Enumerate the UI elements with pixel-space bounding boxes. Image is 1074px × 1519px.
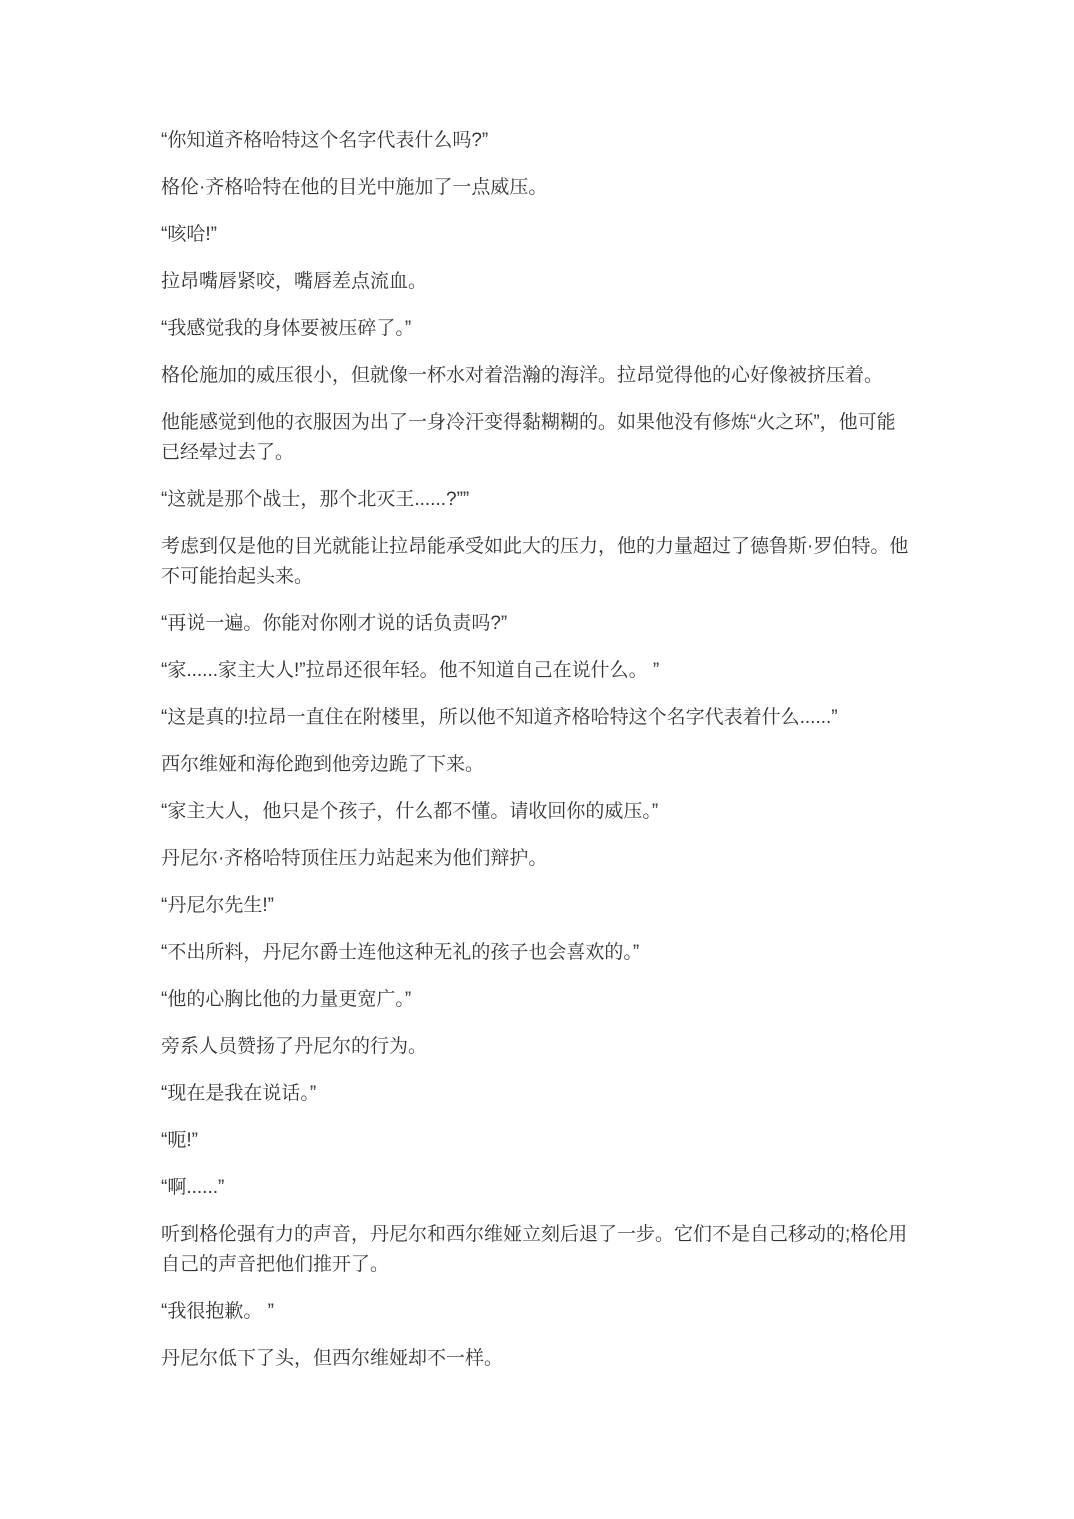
paragraph: 西尔维娅和海伦跑到他旁边跪了下来。 — [161, 750, 914, 780]
paragraph: “他的心胸比他的力量更宽广。” — [161, 985, 914, 1015]
paragraph: “家......家主大人!”拉昂还很年轻。他不知道自己在说什么。 ” — [161, 656, 914, 686]
paragraph: “丹尼尔先生!” — [161, 891, 914, 921]
paragraph: “再说一遍。你能对你刚才说的话负责吗?” — [161, 609, 914, 639]
paragraph: 格伦施加的威压很小，但就像一杯水对着浩瀚的海洋。拉昂觉得他的心好像被挤压着。 — [161, 361, 914, 391]
paragraph: “你知道齐格哈特这个名字代表什么吗?” — [161, 126, 914, 156]
paragraph: “呃!” — [161, 1126, 914, 1156]
paragraph: 格伦·齐格哈特在他的目光中施加了一点威压。 — [161, 173, 914, 203]
document-page: “你知道齐格哈特这个名字代表什么吗?” 格伦·齐格哈特在他的目光中施加了一点威压… — [0, 0, 1074, 1519]
paragraph: “现在是我在说话。” — [161, 1079, 914, 1109]
paragraph: “咳哈!” — [161, 220, 914, 250]
paragraph: 丹尼尔低下了头，但西尔维娅却不一样。 — [161, 1344, 914, 1374]
paragraph: 他能感觉到他的衣服因为出了一身冷汗变得黏糊糊的。如果他没有修炼“火之环”，他可能… — [161, 408, 914, 468]
paragraph: 丹尼尔·齐格哈特顶住压力站起来为他们辩护。 — [161, 844, 914, 874]
paragraph: “这就是那个战士，那个北灭王......?”” — [161, 485, 914, 515]
paragraph: 旁系人员赞扬了丹尼尔的行为。 — [161, 1032, 914, 1062]
paragraph: 听到格伦强有力的声音，丹尼尔和西尔维娅立刻后退了一步。它们不是自己移动的;格伦用… — [161, 1220, 914, 1280]
paragraph: “我很抱歉。 ” — [161, 1297, 914, 1327]
paragraph: “不出所料，丹尼尔爵士连他这种无礼的孩子也会喜欢的。” — [161, 938, 914, 968]
paragraph: 考虑到仅是他的目光就能让拉昂能承受如此大的压力，他的力量超过了德鲁斯·罗伯特。他… — [161, 532, 914, 592]
paragraph: “啊......” — [161, 1173, 914, 1203]
paragraph: “家主大人，他只是个孩子，什么都不懂。请收回你的威压。” — [161, 797, 914, 827]
paragraph: “我感觉我的身体要被压碎了。” — [161, 314, 914, 344]
paragraph: 拉昂嘴唇紧咬，嘴唇差点流血。 — [161, 267, 914, 297]
paragraph: “这是真的!拉昂一直住在附楼里，所以他不知道齐格哈特这个名字代表着什么.....… — [161, 703, 914, 733]
page-content: “你知道齐格哈特这个名字代表什么吗?” 格伦·齐格哈特在他的目光中施加了一点威压… — [0, 0, 1074, 1374]
